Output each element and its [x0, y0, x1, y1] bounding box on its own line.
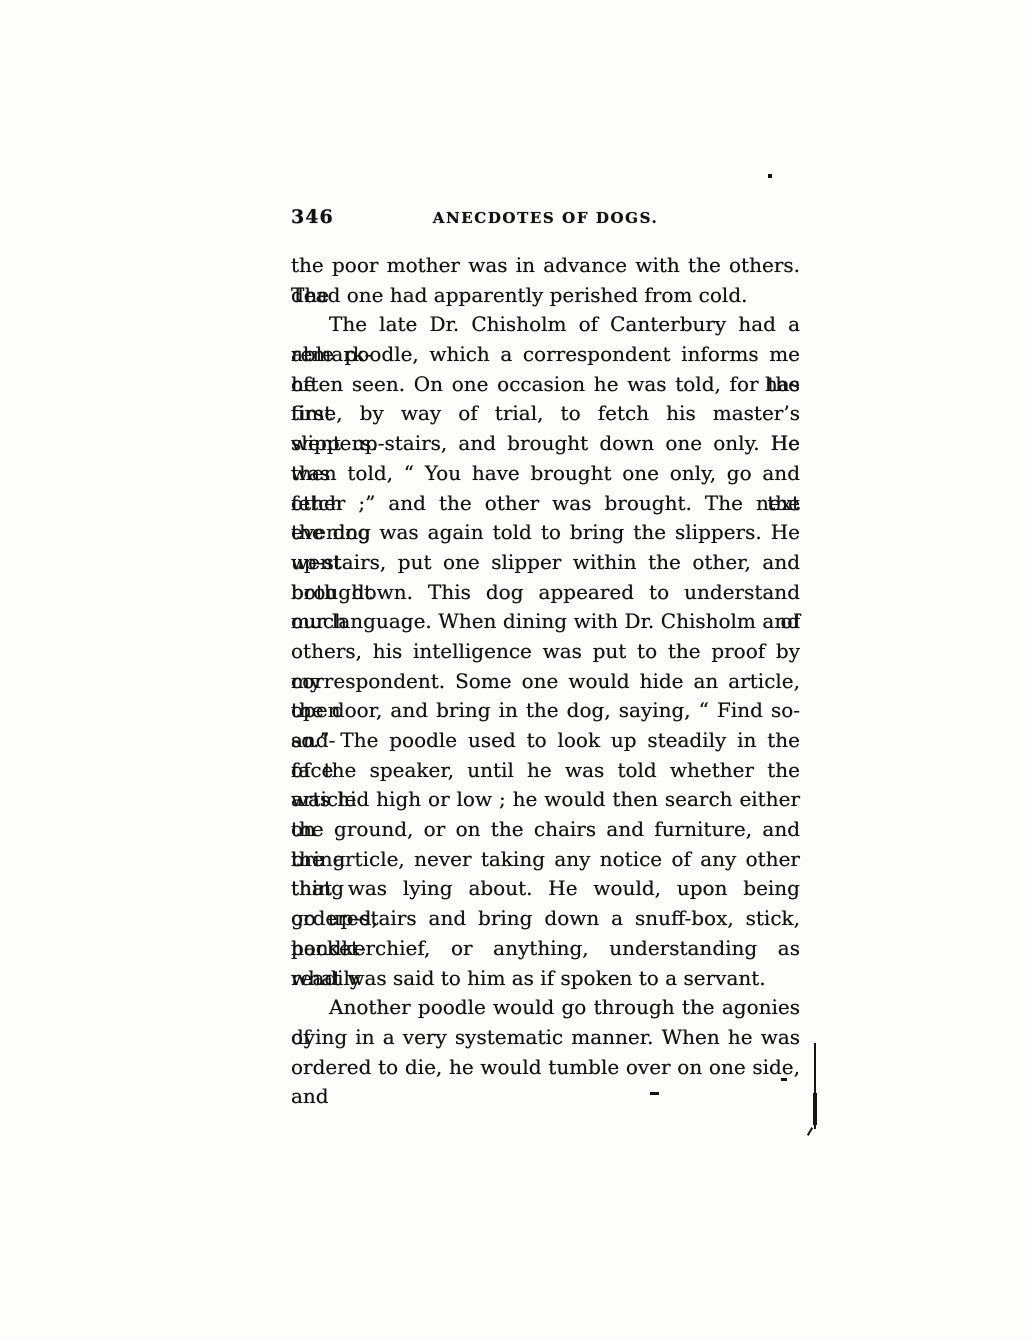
text-line: the article, never taking any notice of … — [291, 845, 800, 875]
text-line: both down. This dog appeared to understa… — [291, 578, 800, 608]
text-line: so.” The poodle used to look up steadily… — [291, 726, 800, 756]
text-line: up-stairs, put one slipper within the ot… — [291, 548, 800, 578]
text-line: that was lying about. He would, upon bei… — [291, 874, 800, 904]
text-line: other ;” and the other was brought. The … — [291, 489, 800, 519]
scan-edge-tick — [807, 1127, 813, 1136]
scan-edge-line-thick — [813, 1093, 817, 1125]
text-line: the door, and bring in the dog, saying, … — [291, 696, 800, 726]
running-header: ANECDOTES OF DOGS. — [291, 206, 800, 227]
text-line: ordered to die, he would tumble over on … — [291, 1053, 800, 1083]
text-line: able poodle, which a correspondent infor… — [291, 340, 800, 370]
text-line: the ground, or on the chairs and furnitu… — [291, 815, 800, 845]
text-line: went up-stairs, and brought down one onl… — [291, 429, 800, 459]
text-line: time, by way of trial, to fetch his mast… — [291, 399, 800, 429]
text-line: Another poodle would go through the agon… — [291, 993, 800, 1023]
text-line: the poor mother was in advance with the … — [291, 251, 800, 281]
text-line: correspondent. Some one would hide an ar… — [291, 667, 800, 697]
text-line: others, his intelligence was put to the … — [291, 637, 800, 667]
text-line: what was said to him as if spoken to a s… — [291, 964, 800, 994]
text-line: the dog was again told to bring the slip… — [291, 518, 800, 548]
body-text: the poor mother was in advance with the … — [291, 251, 800, 1082]
text-line: often seen. On one occasion he was told,… — [291, 370, 800, 400]
text-line: our language. When dining with Dr. Chish… — [291, 607, 800, 637]
book-page: 346 ANECDOTES OF DOGS. the poor mother w… — [0, 0, 1033, 1339]
scan-speck-dash-left — [650, 1092, 659, 1095]
page-header: 346 ANECDOTES OF DOGS. — [291, 206, 800, 230]
text-line: of the speaker, until he was told whethe… — [291, 756, 800, 786]
text-line: then told, “ You have brought one only, … — [291, 459, 800, 489]
text-line: dead one had apparently perished from co… — [291, 281, 800, 311]
text-line: handkerchief, or anything, understanding… — [291, 934, 800, 964]
text-line: was hid high or low ; he would then sear… — [291, 785, 800, 815]
scan-speck-dash-right — [781, 1078, 787, 1081]
page-number: 346 — [291, 206, 334, 228]
text-line: The late Dr. Chisholm of Canterbury had … — [291, 310, 800, 340]
scan-speck-dot — [768, 174, 772, 178]
text-line: go up-stairs and bring down a snuff-box,… — [291, 904, 800, 934]
text-line: dying in a very systematic manner. When … — [291, 1023, 800, 1053]
